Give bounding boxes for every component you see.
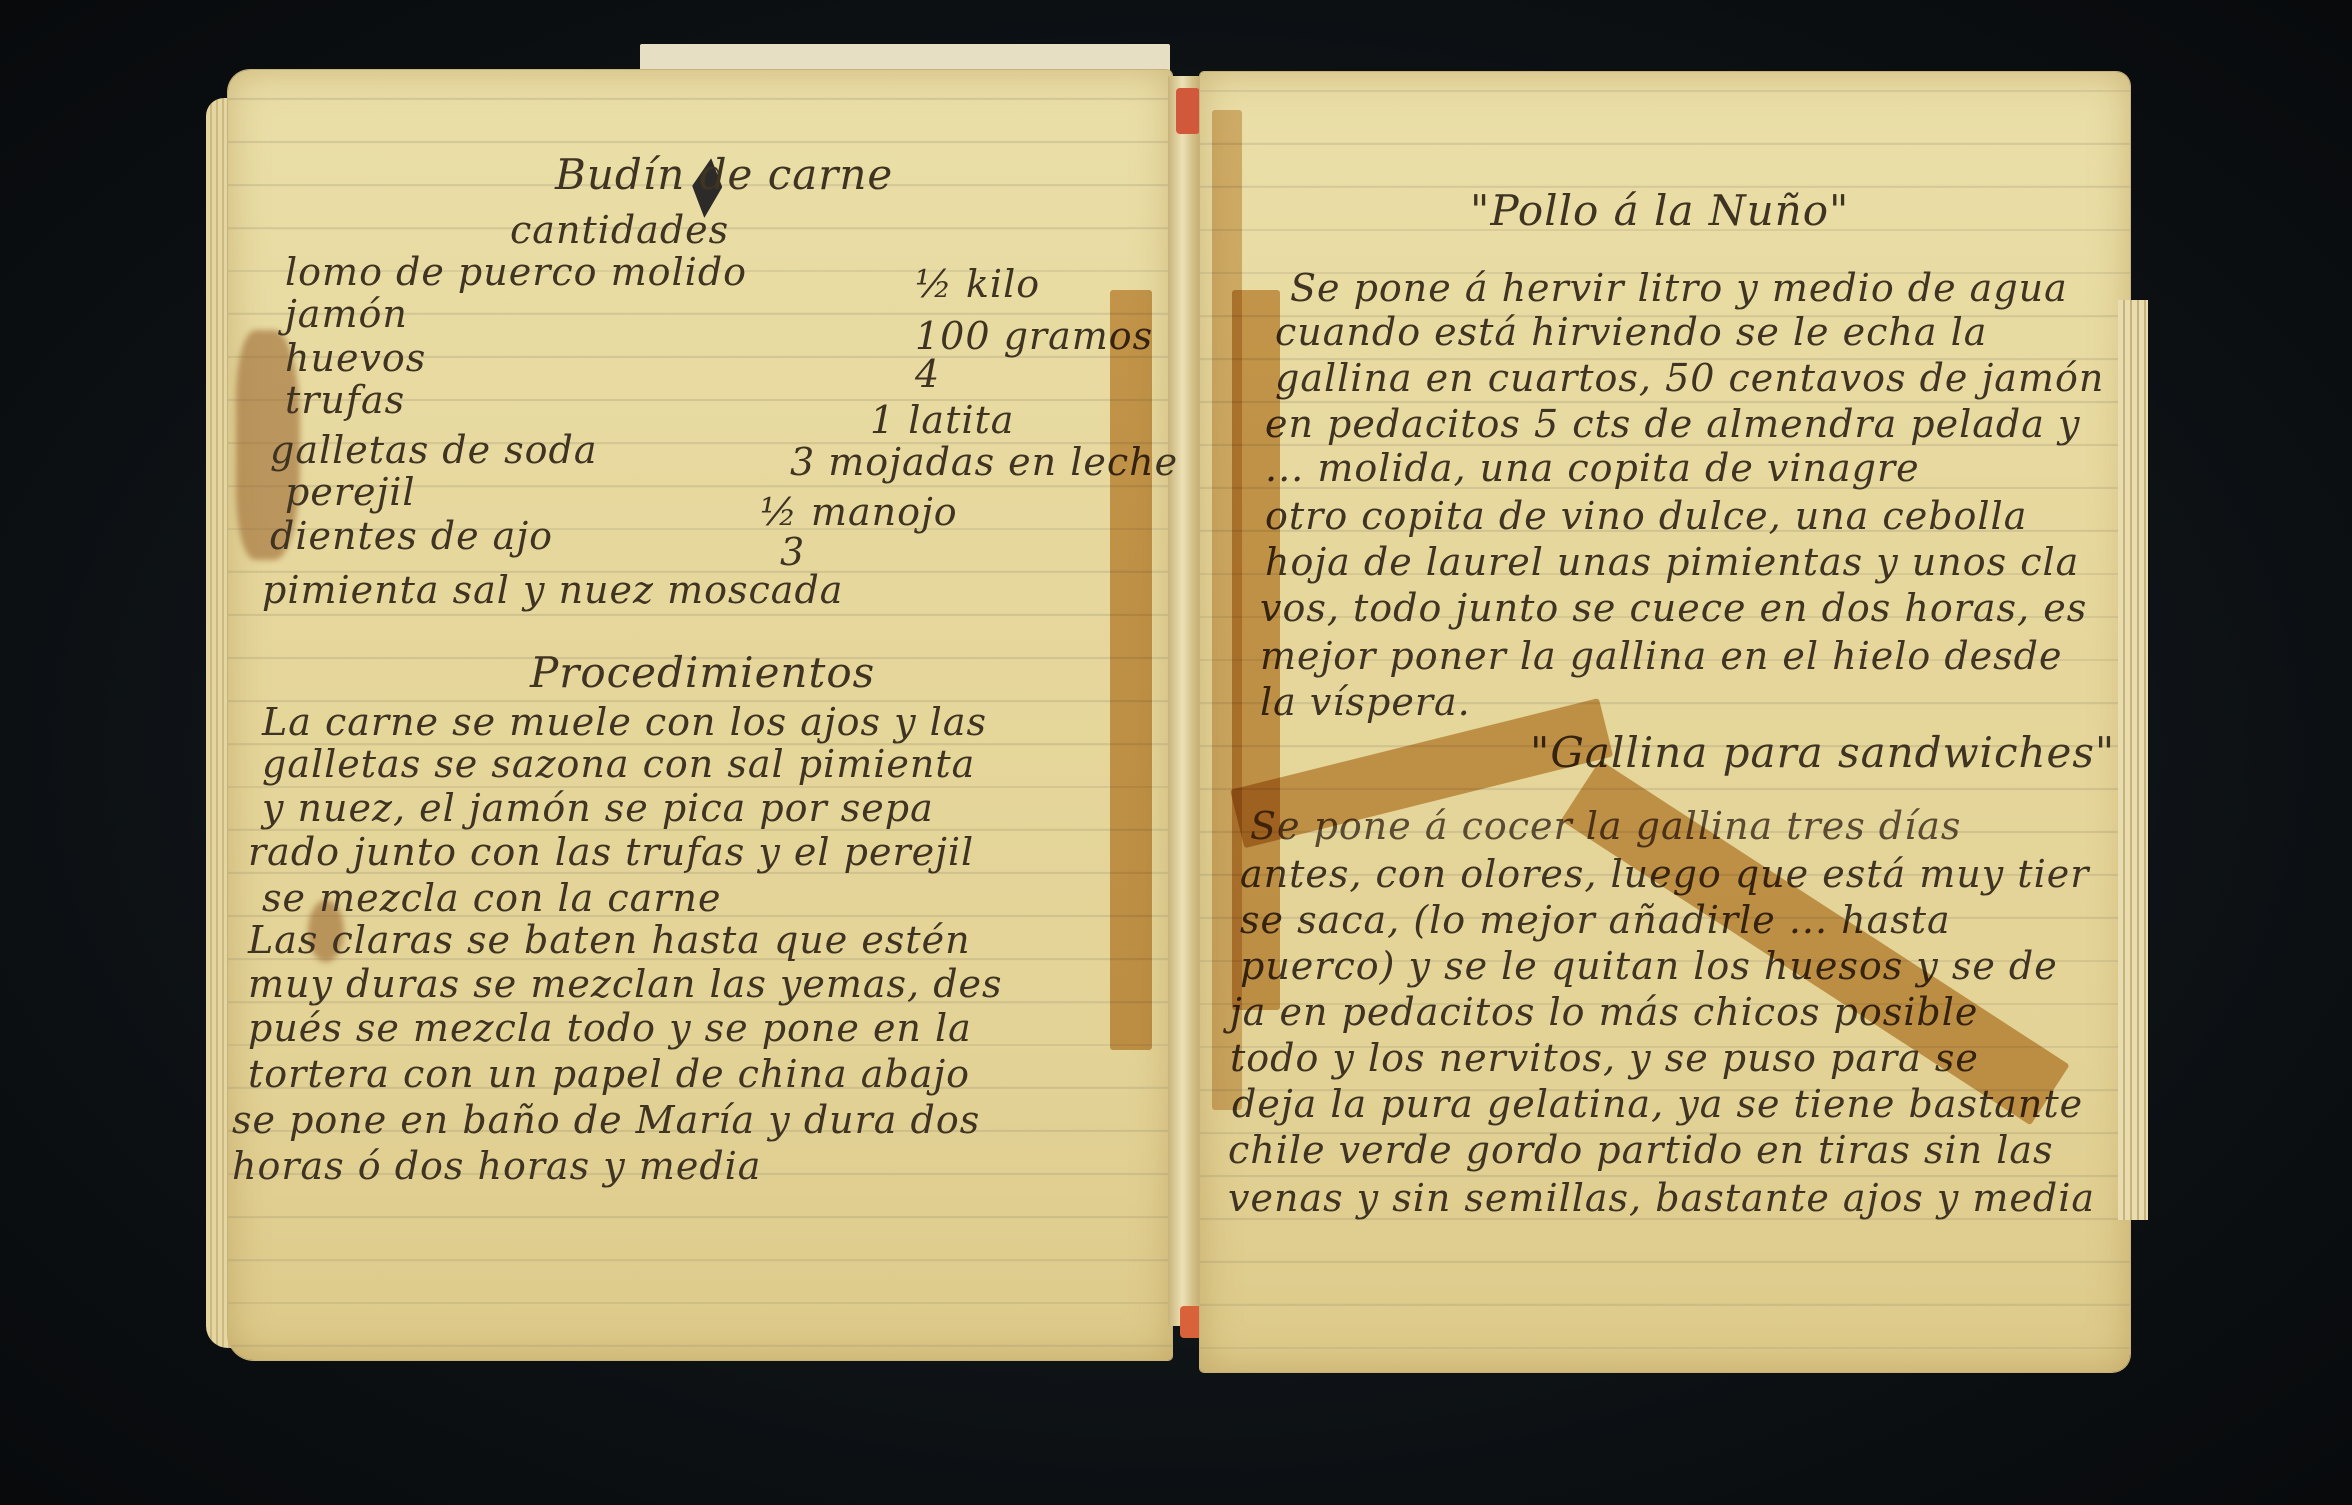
ingredient-name: trufas [285, 378, 405, 422]
procedure-line: se mezcla con la carne [262, 876, 721, 920]
recipe-line: hoja de laurel unas pimientas y unos cla [1265, 540, 2079, 584]
procedure-line: se pone en baño de María y dura dos [232, 1098, 980, 1142]
right-page-edges [2118, 300, 2148, 1220]
procedure-line: muy duras se mezclan las yemas, des [248, 962, 1003, 1006]
red-binding-top [1176, 88, 1200, 134]
ingredient-qty: 4 [915, 352, 940, 396]
recipe-title: "Gallina para sandwiches" [1530, 728, 2115, 777]
ingredient-qty: 1 latita [870, 398, 1014, 442]
recipe-title: Budín de carne [555, 150, 893, 199]
procedure-line: pués se mezcla todo y se pone en la [248, 1006, 972, 1050]
procedure-line: Las claras se baten hasta que estén [248, 918, 971, 962]
procedure-line: tortera con un papel de china abajo [248, 1052, 970, 1096]
ingredient-name: dientes de ajo [270, 514, 553, 558]
recipe-line: deja la pura gelatina, ya se tiene basta… [1232, 1082, 2083, 1126]
ingredient-name: perejil [285, 470, 416, 514]
ingredient-name: huevos [285, 336, 426, 380]
recipe-title: "Pollo á la Nuño" [1470, 186, 1849, 235]
repair-tape [1232, 290, 1280, 1010]
ingredients-heading: cantidades [510, 208, 729, 252]
recipe-line: gallina en cuartos, 50 centavos de jamón [1275, 356, 2104, 400]
procedure-line: y nuez, el jamón se pica por sepa [262, 786, 934, 830]
ingredient-qty: ½ kilo [915, 262, 1040, 306]
recipe-line: la víspera. [1260, 680, 1471, 724]
procedure-line: galletas se sazona con sal pimienta [262, 742, 975, 786]
recipe-line: todo y los nervitos, y se puso para se [1230, 1036, 1979, 1080]
repair-tape [1110, 290, 1152, 1050]
recipe-line: en pedacitos 5 cts de almendra pelada y [1265, 402, 2080, 446]
ingredient-name: pimienta sal y nuez moscada [262, 568, 843, 612]
recipe-line: vos, todo junto se cuece en dos horas, e… [1260, 586, 2087, 630]
recipe-line: Se pone á hervir litro y medio de agua [1290, 266, 2068, 310]
procedure-line: La carne se muele con los ajos y las [262, 700, 987, 744]
recipe-line: ... molida, una copita de vinagre [1265, 446, 1920, 490]
ingredient-qty: ½ manojo [760, 490, 958, 534]
recipe-line: cuando está hirviendo se le echa la [1275, 310, 1987, 354]
recipe-line: mejor poner la gallina en el hielo desde [1260, 634, 2063, 678]
recipe-line: chile verde gordo partido en tiras sin l… [1228, 1128, 2054, 1172]
ingredient-name: jamón [285, 292, 408, 336]
section-heading: Procedimientos [530, 648, 875, 697]
ingredient-name: galletas de soda [270, 428, 598, 472]
open-recipe-book: Budín de carne cantidades lomo de puerco… [0, 0, 2352, 1505]
book-spine [1168, 76, 1204, 1326]
procedure-line: rado junto con las trufas y el perejil [248, 830, 974, 874]
procedure-line: horas ó dos horas y media [232, 1144, 761, 1188]
ingredient-name: lomo de puerco molido [285, 250, 747, 294]
recipe-line: venas y sin semillas, bastante ajos y me… [1228, 1176, 2095, 1220]
recipe-line: otro copita de vino dulce, una cebolla [1265, 494, 2027, 538]
